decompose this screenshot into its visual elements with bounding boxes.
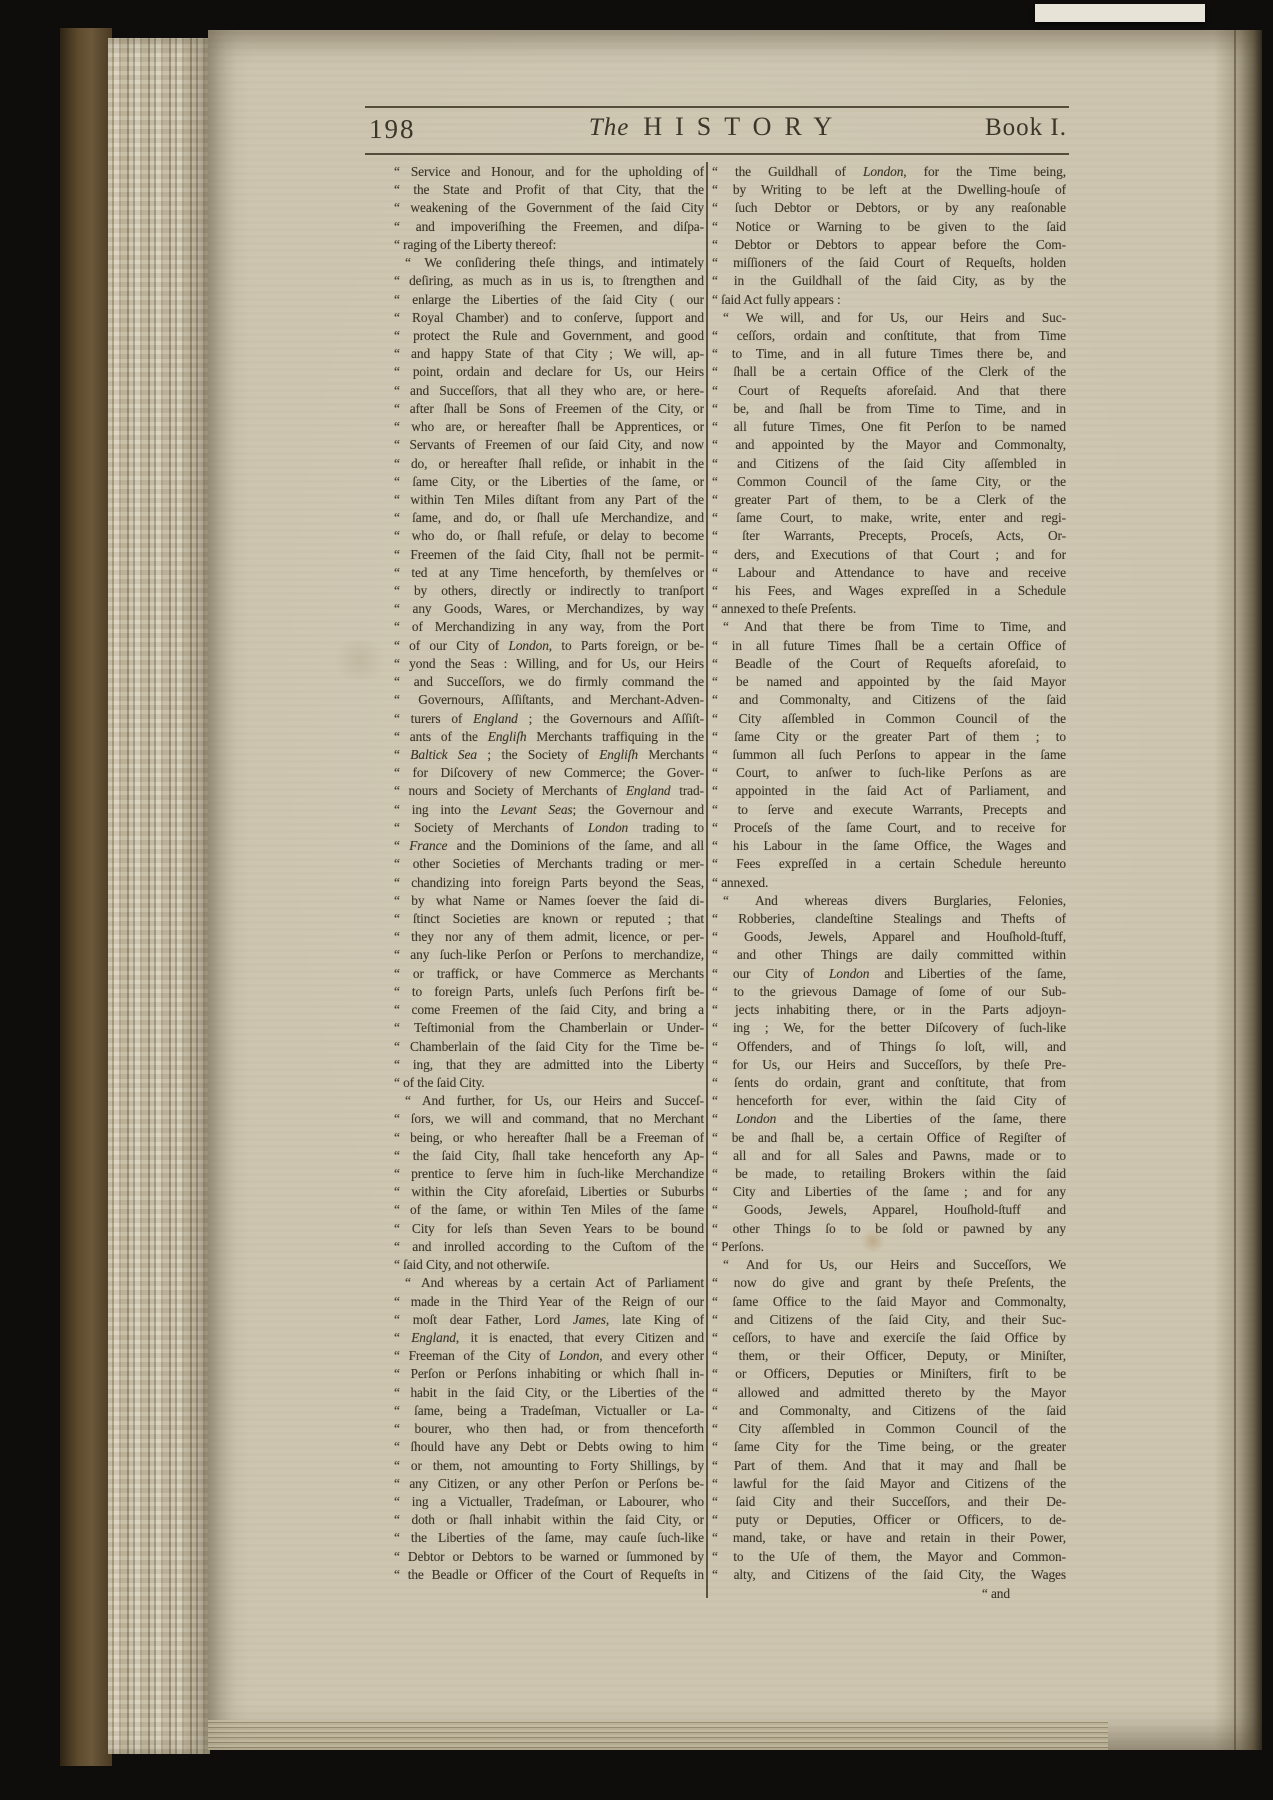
text-line: “ Offenders, and of Things ſo loſt, will… <box>712 1038 1066 1056</box>
text-line: “ And that there be from Time to Time, a… <box>712 618 1066 636</box>
text-line: “ Common Council of the ſame City, or th… <box>712 473 1066 491</box>
text-column-left: “ Service and Honour, and for the uphold… <box>394 163 704 1584</box>
text-line: “ And for Us, our Heirs and Succeſſors, … <box>712 1256 1066 1274</box>
text-line: “ for Diſcovery of new Commerce; the Gov… <box>394 764 704 782</box>
text-line: “ the State and Profit of that City, tha… <box>394 181 704 199</box>
text-line: “ Goods, Jewels, Apparel and Houſhold-ſt… <box>712 928 1066 946</box>
paragraph: “ We conſidering theſe things, and intim… <box>394 254 704 1092</box>
text-line: “ And whereas by a certain Act of Parlia… <box>394 1274 704 1292</box>
text-line: “ enlarge the Liberties of the ſaid City… <box>394 291 704 309</box>
text-line: “ Debtor or Debtors to be warned or ſumm… <box>394 1548 704 1566</box>
text-line: “ turers of England ; the Governours and… <box>394 710 704 728</box>
text-line: “ ſaid Act fully appears : <box>712 291 1066 309</box>
text-line: “ any Goods, Wares, or Merchandizes, by … <box>394 600 704 618</box>
text-line: “ be named and appointed by the ſaid May… <box>712 673 1066 691</box>
text-line: “ and Citizens of the ſaid City, and the… <box>712 1311 1066 1329</box>
text-line: “ allowed and admitted thereto by the Ma… <box>712 1384 1066 1402</box>
text-line: “ Part of them. And that it may and ſhal… <box>712 1457 1066 1475</box>
text-line: “ Freemen of the ſaid City, ſhall not be… <box>394 546 704 564</box>
text-line: “ who do, or ſhall refuſe, or delay to b… <box>394 527 704 545</box>
text-line: “ yond the Seas : Willing, and for Us, o… <box>394 655 704 673</box>
text-line: “ in the Guildhall of the ſaid City, as … <box>712 272 1066 290</box>
text-line: “ within Ten Miles diſtant from any Part… <box>394 491 704 509</box>
text-line: “ and Succeſſors, we do firmly command t… <box>394 673 704 691</box>
text-line: “ by Writing to be left at the Dwelling-… <box>712 181 1066 199</box>
text-line: “ by others, directly or indirectly to t… <box>394 582 704 600</box>
text-line: “ to Time, and in all future Times there… <box>712 345 1066 363</box>
text-line: “ doth or ſhall inhabit within the ſaid … <box>394 1511 704 1529</box>
text-line: “ And further, for Us, our Heirs and Suc… <box>394 1092 704 1110</box>
text-line: “ for Us, our Heirs and Succeſſors, by t… <box>712 1056 1066 1074</box>
text-line: “ of our City of London, to Parts foreig… <box>394 637 704 655</box>
text-line: “ they nor any of them admit, licence, o… <box>394 928 704 946</box>
text-line: “ other Things ſo to be ſold or pawned b… <box>712 1220 1066 1238</box>
text-line: “ and happy State of that City ; We will… <box>394 345 704 363</box>
text-line: “ after ſhall be Sons of Freemen of the … <box>394 400 704 418</box>
text-line: “ ceſſors, to have and exerciſe the ſaid… <box>712 1329 1066 1347</box>
text-line: “ the ſaid City, ſhall take henceforth a… <box>394 1147 704 1165</box>
text-line: “ Baltick Sea ; the Society of Engliſh M… <box>394 746 704 764</box>
paragraph: “ the Guildhall of London, for the Time … <box>712 163 1066 309</box>
text-line: “ other Societies of Merchants trading o… <box>394 855 704 873</box>
text-line: “ raging of the Liberty thereof: <box>394 236 704 254</box>
text-line: “ the Guildhall of London, for the Time … <box>712 163 1066 181</box>
text-line: “ Service and Honour, and for the uphold… <box>394 163 704 181</box>
text-line: “ Labour and Attendance to have and rece… <box>712 564 1066 582</box>
text-line: “ annexed to theſe Preſents. <box>712 600 1066 618</box>
text-line: “ and impoveriſhing the Freemen, and diſ… <box>394 218 704 236</box>
text-line: “ France and the Dominions of the ſame, … <box>394 837 704 855</box>
text-line: “ and other Things are daily committed w… <box>712 946 1066 964</box>
text-line: “ all future Times, One fit Perſon to be… <box>712 418 1066 436</box>
text-line: “ Court, to anſwer to ſuch-like Perſons … <box>712 764 1066 782</box>
text-line: “ ſame Court, to make, write, enter and … <box>712 509 1066 527</box>
column-divider <box>706 162 708 1598</box>
text-line: “ ants of the Engliſh Merchants traffiqu… <box>394 728 704 746</box>
text-line: “ be and ſhall be, a certain Office of R… <box>712 1129 1066 1147</box>
text-line: “ being, or who hereafter ſhall be a Fre… <box>394 1129 704 1147</box>
text-line: “ be, and ſhall be from Time to Time, an… <box>712 400 1066 418</box>
text-line: “ our City of London and Liberties of th… <box>712 965 1066 983</box>
text-line: “ mand, take, or have and retain in thei… <box>712 1529 1066 1547</box>
text-line: “ City aſſembled in Common Council of th… <box>712 710 1066 728</box>
text-line: “ Chamberlain of the ſaid City for the T… <box>394 1038 704 1056</box>
text-line: “ and appointed by the Mayor and Commona… <box>712 436 1066 454</box>
paragraph: “ And whereas divers Burglaries, Felonie… <box>712 892 1066 1256</box>
text-line: “ of Merchandizing in any way, from the … <box>394 618 704 636</box>
text-column-right: “ the Guildhall of London, for the Time … <box>712 163 1066 1604</box>
page-gutter-shadow <box>1214 30 1262 1750</box>
text-line: “ made in the Third Year of the Reign of… <box>394 1293 704 1311</box>
text-line: “ point, ordain and declare for Us, our … <box>394 363 704 381</box>
text-line: “ We will, and for Us, our Heirs and Suc… <box>712 309 1066 327</box>
paragraph: “ Service and Honour, and for the uphold… <box>394 163 704 254</box>
text-line: “ bourer, who then had, or from thencefo… <box>394 1420 704 1438</box>
text-line: “ nours and Society of Merchants of Engl… <box>394 782 704 800</box>
text-line: “ England, it is enacted, that every Cit… <box>394 1329 704 1347</box>
text-line: “ ſaid City and their Succeſſors, and th… <box>712 1493 1066 1511</box>
text-line: “ Royal Chamber) and to conſerve, ſuppor… <box>394 309 704 327</box>
text-line: “ London and the Liberties of the ſame, … <box>712 1110 1066 1128</box>
text-line: “ any Citizen, or any other Perſon or Pe… <box>394 1475 704 1493</box>
paragraph: “ And for Us, our Heirs and Succeſſors, … <box>712 1256 1066 1584</box>
paragraph: “ And that there be from Time to Time, a… <box>712 618 1066 891</box>
text-line: “ who are, or hereafter ſhall be Apprent… <box>394 418 704 436</box>
text-line: “ the Liberties of the ſame, may cauſe ſ… <box>394 1529 704 1547</box>
text-line: “ Court of Requeſts aforeſaid. And that … <box>712 382 1066 400</box>
text-line: “ ſhall be a certain Office of the Clerk… <box>712 363 1066 381</box>
text-line: “ annexed. <box>712 874 1066 892</box>
text-line: “ now do give and grant by theſe Preſent… <box>712 1274 1066 1292</box>
text-line: “ Beadle of the Court of Requeſts aforeſ… <box>712 655 1066 673</box>
text-line: “ ing into the Levant Seas; the Governou… <box>394 801 704 819</box>
text-line: “ miſſioners of the ſaid Court of Requeſ… <box>712 254 1066 272</box>
text-line: “ ſame City for the Time being, or the g… <box>712 1438 1066 1456</box>
text-line: “ his Labour in the ſame Office, the Wag… <box>712 837 1066 855</box>
text-line: “ to the grievous Damage of ſome of our … <box>712 983 1066 1001</box>
text-line: “ Goods, Jewels, Apparel, Houſhold-ſtuff… <box>712 1201 1066 1219</box>
text-line: “ and Commonalty, and Citizens of the ſa… <box>712 691 1066 709</box>
text-line: “ ſame, and do, or ſhall uſe Merchandize… <box>394 509 704 527</box>
text-line: “ of the ſame, or within Ten Miles of th… <box>394 1201 704 1219</box>
catchword: “ and <box>712 1584 1066 1604</box>
text-line: “ alty, and Citizens of the ſaid City, t… <box>712 1566 1066 1584</box>
book-spine <box>60 28 112 1766</box>
text-line: “ ſuch Debtor or Debtors, or by any reaſ… <box>712 199 1066 217</box>
running-header: 198 TheHISTORY Book I. <box>365 104 1069 156</box>
text-line: “ to ſerve and execute Warrants, Precept… <box>712 801 1066 819</box>
book-label: Book I. <box>985 114 1067 142</box>
text-line: “ City for leſs than Seven Years to be b… <box>394 1220 704 1238</box>
header-rule-bottom <box>365 153 1069 155</box>
text-line: “ by what Name or Names ſoever the ſaid … <box>394 892 704 910</box>
text-line: “ them, or their Officer, Deputy, or Min… <box>712 1347 1066 1365</box>
text-line: “ within the City aforeſaid, Liberties o… <box>394 1183 704 1201</box>
text-line: “ habit in the ſaid City, or the Liberti… <box>394 1384 704 1402</box>
text-line: “ Fees expreſſed in a certain Schedule h… <box>712 855 1066 873</box>
text-line: “ appointed in the ſaid Act of Parliamen… <box>712 782 1066 800</box>
text-line: “ weakening of the Government of the ſai… <box>394 199 704 217</box>
text-line: “ any ſuch-like Perſon or Perſons to mer… <box>394 946 704 964</box>
text-line: “ Teſtimonial from the Chamberlain or Un… <box>394 1019 704 1037</box>
text-line: “ ing a Victualler, Tradeſman, or Labour… <box>394 1493 704 1511</box>
text-line: “ ſame, being a Tradeſman, Victualler or… <box>394 1402 704 1420</box>
text-line: “ puty or Deputies, Officer or Officers,… <box>712 1511 1066 1529</box>
text-line: “ of the ſaid City. <box>394 1074 704 1092</box>
text-line: “ ſame City, or the Liberties of the ſam… <box>394 473 704 491</box>
paragraph: “ We will, and for Us, our Heirs and Suc… <box>712 309 1066 619</box>
text-line: “ Robberies, clandeſtine Stealings and T… <box>712 910 1066 928</box>
page-number: 198 <box>369 114 416 145</box>
text-line: “ ceſſors, ordain and conſtitute, that f… <box>712 327 1066 345</box>
text-line: “ ſhould have any Debt or Debts owing to… <box>394 1438 704 1456</box>
text-line: “ ſame City or the greater Part of them … <box>712 728 1066 746</box>
page-edges-left <box>108 38 210 1754</box>
text-line: “ lawful for the ſaid Mayor and Citizens… <box>712 1475 1066 1493</box>
text-line: “ ſummon all ſuch Perſons to appear in t… <box>712 746 1066 764</box>
text-line: “ And whereas divers Burglaries, Felonie… <box>712 892 1066 910</box>
text-line: “ deſiring, as much as in us is, to ſtre… <box>394 272 704 290</box>
text-line: “ and Citizens of the ſaid City aſſemble… <box>712 455 1066 473</box>
text-line: “ Debtor or Debtors to appear before the… <box>712 236 1066 254</box>
text-line: “ greater Part of them, to be a Clerk of… <box>712 491 1066 509</box>
text-line: “ ſame Office to the ſaid Mayor and Comm… <box>712 1293 1066 1311</box>
text-line: “ or Officers, Deputies or Miniſters, fi… <box>712 1365 1066 1383</box>
text-line: “ moſt dear Father, Lord James, late Kin… <box>394 1311 704 1329</box>
text-line: “ City and Liberties of the ſame ; and f… <box>712 1183 1066 1201</box>
text-line: “ and Succeſſors, that all they who are,… <box>394 382 704 400</box>
text-line: “ ſors, we will and command, that no Mer… <box>394 1110 704 1128</box>
paragraph: “ And whereas by a certain Act of Parlia… <box>394 1274 704 1584</box>
text-line: “ all and for all Sales and Pawns, made … <box>712 1147 1066 1165</box>
text-line: “ jects inhabiting there, or in the Part… <box>712 1001 1066 1019</box>
running-title: TheHISTORY <box>589 112 845 142</box>
text-line: “ Perſon or Perſons inhabiting or which … <box>394 1365 704 1383</box>
text-line: “ do, or hereafter ſhall reſide, or inha… <box>394 455 704 473</box>
text-line: “ ing ; We, for the better Diſcovery of … <box>712 1019 1066 1037</box>
text-line: “ protect the Rule and Government, and g… <box>394 327 704 345</box>
text-line: “ Proceſs of the ſame Court, and to rece… <box>712 819 1066 837</box>
text-line: “ ſter Warrants, Precepts, Proceſs, Acts… <box>712 527 1066 545</box>
text-line: “ prentice to ſerve him in ſuch-like Mer… <box>394 1165 704 1183</box>
book-photo: 198 TheHISTORY Book I. “ Service and Hon… <box>0 0 1273 1800</box>
text-line: “ ing, that they are admitted into the L… <box>394 1056 704 1074</box>
text-line: “ come Freemen of the ſaid City, and bri… <box>394 1001 704 1019</box>
text-line: “ ted at any Time henceforth, by themſel… <box>394 564 704 582</box>
text-line: “ ſtinct Societies are known or reputed … <box>394 910 704 928</box>
text-line: “ to the Uſe of them, the Mayor and Comm… <box>712 1548 1066 1566</box>
page-edges-bottom <box>208 1720 1108 1750</box>
text-line: “ henceforth for ever, within the ſaid C… <box>712 1092 1066 1110</box>
text-line: “ or traffick, or have Commerce as Merch… <box>394 965 704 983</box>
text-line: “ chandizing into foreign Parts beyond t… <box>394 874 704 892</box>
text-line: “ Society of Merchants of London trading… <box>394 819 704 837</box>
text-line: “ ders, and Executions of that Court ; a… <box>712 546 1066 564</box>
text-line: “ City aſſembled in Common Council of th… <box>712 1420 1066 1438</box>
text-line: “ be made, to retailing Brokers within t… <box>712 1165 1066 1183</box>
facing-page-sliver <box>1035 4 1205 22</box>
text-line: “ his Fees, and Wages expreſſed in a Sch… <box>712 582 1066 600</box>
text-line: “ and inrolled according to the Cuſtom o… <box>394 1238 704 1256</box>
text-line: “ ſaid City, and not otherwiſe. <box>394 1256 704 1274</box>
text-line: “ We conſidering theſe things, and intim… <box>394 254 704 272</box>
text-line: “ or them, not amounting to Forty Shilli… <box>394 1457 704 1475</box>
text-line: “ Perſons. <box>712 1238 1066 1256</box>
text-line: “ and Commonalty, and Citizens of the ſa… <box>712 1402 1066 1420</box>
running-title-prefix: The <box>589 114 630 141</box>
text-line: “ Governours, Aſſiſtants, and Merchant-A… <box>394 691 704 709</box>
text-line: “ the Beadle or Officer of the Court of … <box>394 1566 704 1584</box>
running-title-main: HISTORY <box>643 112 845 141</box>
text-line: “ in all future Times ſhall be a certain… <box>712 637 1066 655</box>
text-line: “ ſents do ordain, grant and conſtitute,… <box>712 1074 1066 1092</box>
paragraph: “ And further, for Us, our Heirs and Suc… <box>394 1092 704 1274</box>
gutter-crease <box>1234 30 1236 1750</box>
text-line: “ to foreign Parts, unleſs ſuch Perſons … <box>394 983 704 1001</box>
text-line: “ Freeman of the City of London, and eve… <box>394 1347 704 1365</box>
text-line: “ Servants of Freemen of our ſaid City, … <box>394 436 704 454</box>
text-line: “ Notice or Warning to be given to the ſ… <box>712 218 1066 236</box>
